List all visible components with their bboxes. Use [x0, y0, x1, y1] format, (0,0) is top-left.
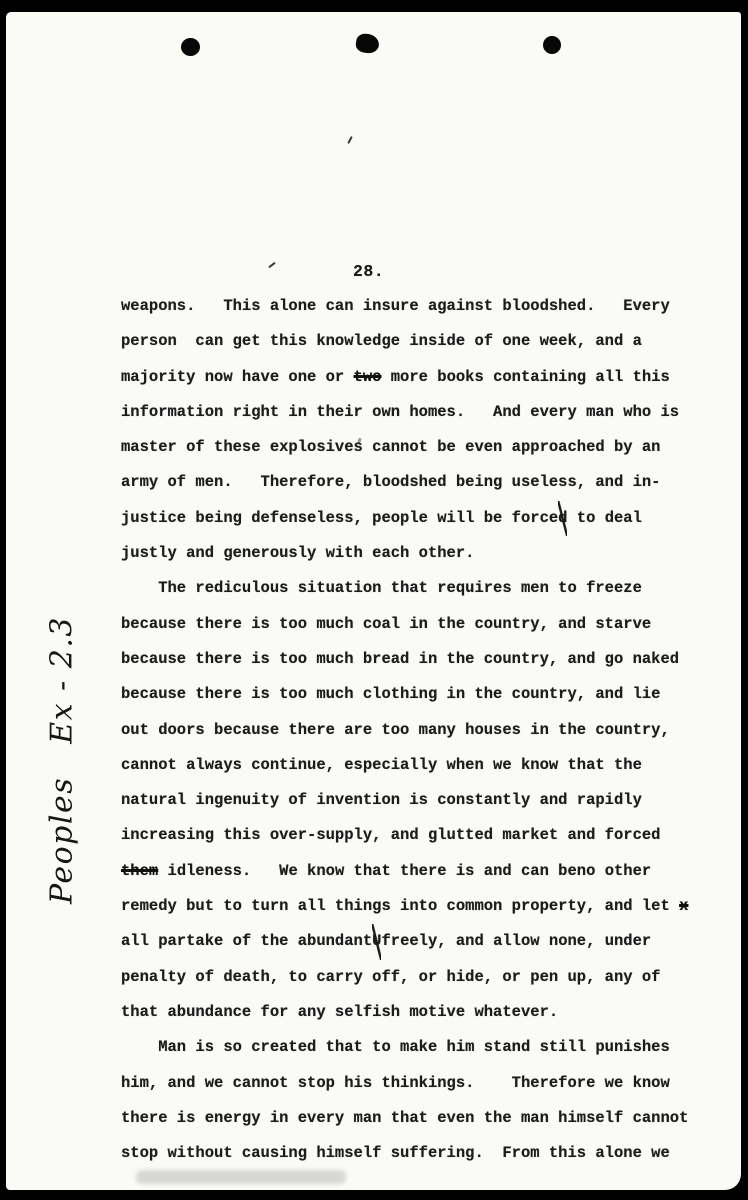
typed-text-line: justly and generously with each other. — [121, 536, 721, 571]
typed-text-line: Man is so created that to make him stand… — [121, 1030, 721, 1065]
typed-text-line: there is energy in every man that even t… — [121, 1101, 721, 1136]
overtyped-correction: two — [354, 368, 382, 386]
typed-text-line: justice being defenseless, people will b… — [121, 501, 721, 536]
punch-hole-dot — [355, 32, 380, 54]
typed-text-line: The rediculous situation that requires m… — [121, 571, 721, 606]
typed-text-line: penalty of death, to carry off, or hide,… — [121, 960, 721, 995]
overtyped-correction: x — [679, 897, 688, 915]
scan-border-frame: 28. weapons. This alone can insure again… — [0, 0, 748, 1200]
ink-smudge — [136, 1170, 346, 1184]
typed-text-line: weapons. This alone can insure against b… — [121, 289, 721, 324]
typed-text-line: him, and we cannot stop his thinkings. T… — [121, 1066, 721, 1101]
typed-text-line: out doors because there are too many hou… — [121, 713, 721, 748]
punch-hole-dot — [543, 36, 561, 54]
scan-speck — [347, 136, 353, 144]
typed-text-line: remedy but to turn all things into commo… — [121, 889, 721, 924]
typed-text-line: because there is too much clothing in th… — [121, 677, 721, 712]
overtyped-correction: them — [121, 862, 158, 880]
typed-text-line: them idleness. We know that there is and… — [121, 854, 721, 889]
typed-text-line: person can get this knowledge inside of … — [121, 324, 721, 359]
typed-text-line: all partake of the abundantUfreely, and … — [121, 924, 721, 959]
typed-text-line: information right in their own homes. An… — [121, 395, 721, 430]
typed-text-line: stop without causing himself suffering. … — [121, 1136, 721, 1171]
document-page: 28. weapons. This alone can insure again… — [6, 12, 741, 1190]
typed-text-line: because there is too much coal in the co… — [121, 607, 721, 642]
typed-text-line: increasing this over-supply, and glutted… — [121, 818, 721, 853]
typed-text-line: that abundance for any selfish motive wh… — [121, 995, 721, 1030]
typed-text-line: natural ingenuity of invention is consta… — [121, 783, 721, 818]
punch-hole-dot — [181, 38, 200, 56]
typed-text-line: master of these explosives cannot be eve… — [121, 430, 721, 465]
typed-text-line: majority now have one or two more books … — [121, 360, 721, 395]
page-number: 28. — [353, 262, 384, 281]
typed-text-line: army of men. Therefore, bloodshed being … — [121, 465, 721, 500]
handwritten-exhibit-note: Peoples Ex - 2.3 — [45, 616, 80, 904]
typed-text-line: because there is too much bread in the c… — [121, 642, 721, 677]
typed-body: weapons. This alone can insure against b… — [121, 289, 721, 1171]
scan-speck — [268, 262, 276, 269]
typed-text-line: cannot always continue, especially when … — [121, 748, 721, 783]
